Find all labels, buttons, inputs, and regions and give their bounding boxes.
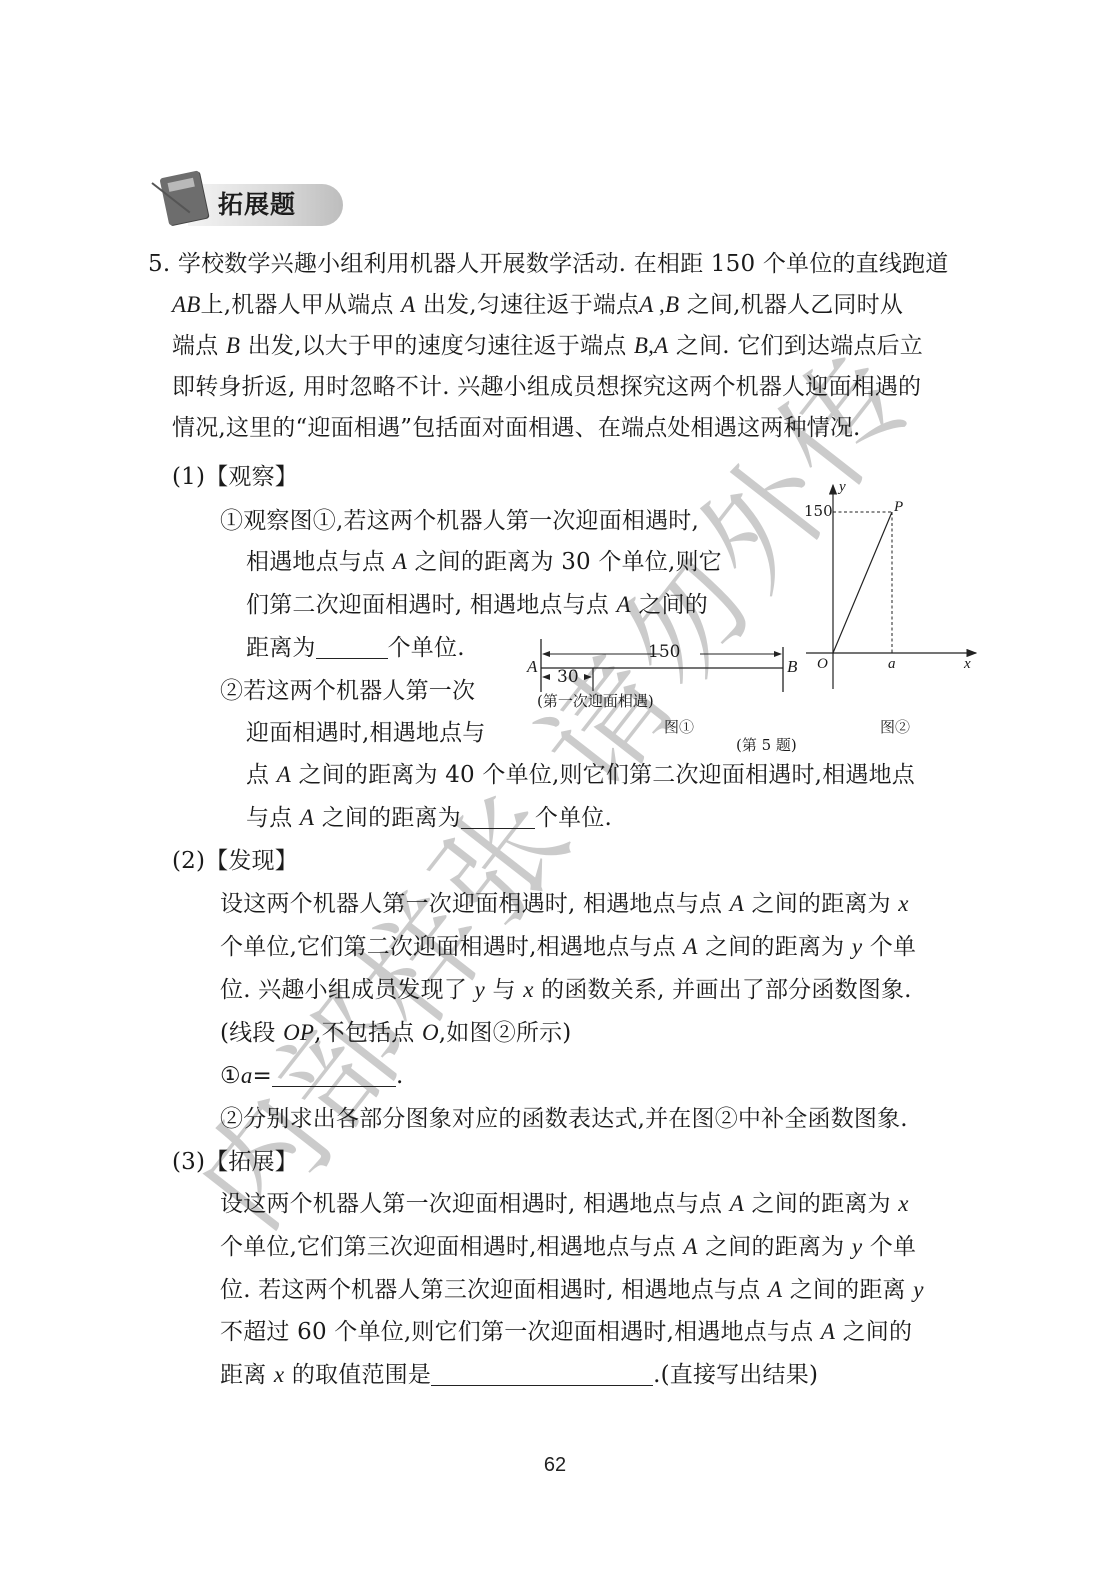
part2-line1: 设这两个机器人第一次迎面相遇时, 相遇地点与点 A 之间的距离为 x — [220, 889, 909, 919]
figure1-total-label: 150 — [648, 642, 680, 662]
problem-number: 5. — [148, 251, 170, 277]
answer-blank-2-1[interactable] — [272, 1064, 396, 1087]
figure1-point-a: A — [527, 657, 537, 677]
part2-label: (2)【发现】 — [172, 846, 298, 876]
figures-caption: (第 5 题) — [736, 736, 797, 754]
part1-q1-line4: 距离为个单位. — [246, 633, 465, 663]
answer-blank-1-1[interactable] — [316, 636, 388, 659]
part2-line4: (线段 OP,不包括点 O,如图②所示) — [220, 1018, 571, 1048]
problem-line-5: 情况,这里的“迎面相遇”包括面对面相遇、在端点处相遇这两种情况. — [172, 413, 861, 443]
part1-label: (1)【观察】 — [172, 462, 298, 492]
part3-line1: 设这两个机器人第一次迎面相遇时, 相遇地点与点 A 之间的距离为 x — [220, 1189, 909, 1219]
part1-q1-line3: 们第二次迎面相遇时, 相遇地点与点 A 之间的 — [246, 590, 708, 620]
notebook-pen-icon — [159, 170, 208, 225]
part1-q2-line1: ②若这两个机器人第一次 — [220, 676, 475, 706]
figure2-x-tick: a — [888, 655, 896, 673]
answer-blank-1-2[interactable] — [461, 806, 535, 829]
problem-line-1: 5. 学校数学兴趣小组利用机器人开展数学活动. 在相距 150 个单位的直线跑道 — [148, 249, 948, 279]
figure1-point-b: B — [787, 657, 797, 677]
part2-q1: ①a=. — [220, 1061, 404, 1091]
figure2-y-label: y — [839, 478, 846, 496]
figure2-y-tick: 150 — [804, 502, 833, 520]
figure1-caption: 图① — [664, 718, 694, 736]
problem-line-4: 即转身折返, 用时忽略不计. 兴趣小组成员想探究这两个机器人迎面相遇的 — [172, 372, 921, 402]
part2-line2: 个单位,它们第二次迎面相遇时,相遇地点与点 A 之间的距离为 y 个单 — [220, 932, 916, 962]
problem-line-2: AB上,机器人甲从端点 A 出发,匀速往返于端点A ,B 之间,机器人乙同时从 — [172, 290, 903, 320]
part1-q1-line1: ①观察图①,若这两个机器人第一次迎面相遇时, — [220, 506, 699, 536]
part3-line3: 位. 若这两个机器人第三次迎面相遇时, 相遇地点与点 A 之间的距离 y — [220, 1275, 924, 1305]
part1-q2-line4: 与点 A 之间的距离为个单位. — [246, 803, 612, 833]
figure1-note: (第一次迎面相遇) — [537, 692, 654, 710]
segment-op — [833, 512, 892, 653]
part1-q2-line3: 点 A 之间的距离为 40 个单位,则它们第二次迎面相遇时,相遇地点 — [246, 760, 915, 790]
section-title: 拓展题 — [218, 185, 296, 221]
figure2-x-label: x — [964, 655, 971, 673]
answer-blank-3[interactable] — [431, 1363, 653, 1386]
part1-q1-line2: 相遇地点与点 A 之间的距离为 30 个单位,则它 — [246, 547, 722, 577]
part2-q2: ②分别求出各部分图象对应的函数表达式,并在图②中补全函数图象. — [220, 1104, 908, 1134]
problem-line-3: 端点 B 出发,以大于甲的速度匀速往返于端点 B,A 之间. 它们到达端点后立 — [172, 331, 923, 361]
figure2-origin: O — [817, 655, 828, 673]
part2-line3: 位. 兴趣小组成员发现了 y 与 x 的函数关系, 并画出了部分函数图象. — [220, 975, 912, 1005]
part3-line5: 距离 x 的取值范围是.(直接写出结果) — [220, 1360, 818, 1390]
part3-line4: 不超过 60 个单位,则它们第一次迎面相遇时,相遇地点与点 A 之间的 — [220, 1317, 912, 1347]
part1-q2-line2: 迎面相遇时,相遇地点与 — [246, 718, 486, 748]
figure2-point-p: P — [894, 498, 903, 516]
figure2-caption: 图② — [880, 718, 910, 736]
figure1-segment-label: 30 — [557, 667, 579, 687]
part3-label: (3)【拓展】 — [172, 1147, 298, 1177]
section-header-badge: 拓展题 — [150, 172, 345, 227]
page-number: 62 — [0, 1454, 1110, 1477]
part3-line2: 个单位,它们第三次迎面相遇时,相遇地点与点 A 之间的距离为 y 个单 — [220, 1232, 916, 1262]
